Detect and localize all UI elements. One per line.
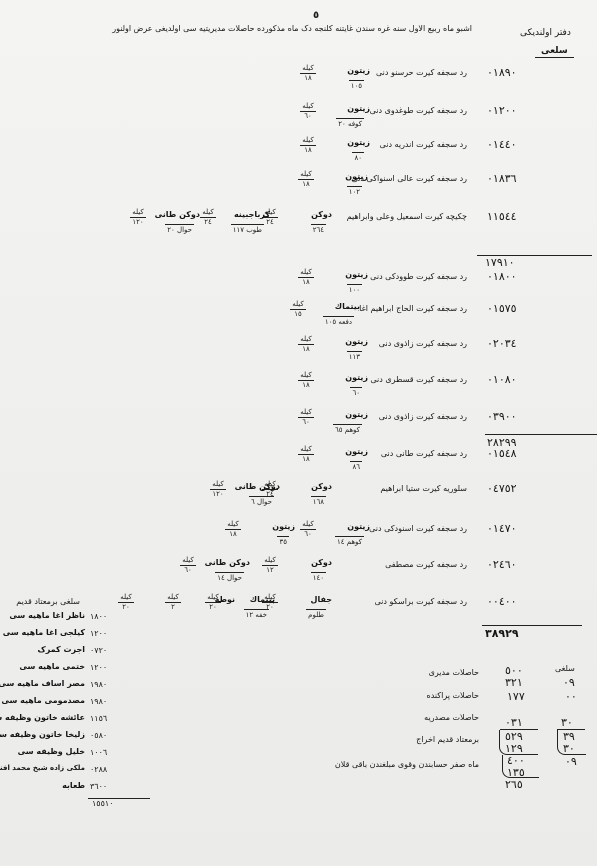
- entry-item: زیتونکیله١٨٨٠: [300, 136, 370, 170]
- item-name: زیتون: [345, 337, 368, 346]
- item-unit: کیله: [298, 371, 314, 381]
- entry-item: کیله٢٠: [118, 593, 188, 627]
- item-sub-value: طوب ١١٧: [231, 224, 264, 234]
- expense-total: ١٥٥١٠: [92, 799, 113, 808]
- summary-value: ٠٩: [563, 676, 575, 689]
- expense-label: ناظر اغا ماهیه سی: [9, 611, 85, 620]
- entry-item: دوکنکیله٢٤٢٦٤: [262, 208, 332, 242]
- summary-label: ماه صفر حسابندن وقوی مبلغندن باقی قلان: [335, 760, 479, 769]
- entry-label: رد سجفه کیرت حرسنو دنی: [376, 68, 467, 77]
- expense-label: ختمی ماهیه سی: [19, 662, 85, 671]
- entry-amount: ٠١٢٠٠: [487, 104, 517, 117]
- item-unit: کیله: [118, 593, 134, 603]
- item-sub-value: ٣٥: [277, 536, 289, 546]
- item-unit-fraction: کیله١٢٠: [210, 480, 226, 499]
- entry-item: دوکن طانیکیله١٢٠حوال ٢٠: [130, 208, 200, 242]
- entry-item: دوکنکیله١٢١٤٠: [262, 556, 332, 590]
- entry-item: زیتونکیله٦٠کوهم ٦٥: [298, 408, 368, 442]
- entry-item: بیتماكکیله١٥دفعه ١٠٥: [290, 300, 360, 334]
- item-unit-fraction: کیله١٨: [300, 64, 316, 83]
- item-qty: ١٢٠: [130, 218, 146, 227]
- summary-bracket: [502, 755, 539, 778]
- item-unit: کیله: [180, 556, 196, 566]
- entry-label: رد سجفه کیرت اسنودکی دنی: [369, 524, 467, 533]
- entry-label: رد سجفه کیرت قسطری دنی: [370, 375, 467, 384]
- expense-amount: ٠٢٨٨: [90, 765, 107, 774]
- expense-amount: ١٢٠٠: [90, 663, 107, 672]
- item-name: دوکن: [311, 558, 332, 567]
- item-unit-fraction: کیله٦٠: [298, 408, 314, 427]
- item-unit: کیله: [300, 102, 316, 112]
- item-sub-value: ١٠٥: [349, 80, 364, 90]
- item-unit-fraction: کیله١٨: [298, 445, 314, 464]
- grand-total-rule: [482, 625, 582, 626]
- item-unit: کیله: [298, 335, 314, 345]
- expense-label: مصدمومی ماهیه سی: [1, 696, 85, 705]
- entry-label: رد سجفه کیرت الحاج ابراهیم اغا: [359, 304, 467, 313]
- entry-item: زیتونکیله١٨١١٣: [298, 335, 368, 369]
- entry-item: کرباجبینهکیله٢٤طوب ١١٧: [200, 208, 270, 242]
- item-unit-fraction: کیله١٨: [225, 520, 241, 539]
- item-unit-fraction: کیله٦٠: [300, 520, 316, 539]
- entry-label: رد سجفه کیرت زاذوی دنی: [379, 339, 467, 348]
- summary-label: حاصلات مصدریه: [424, 713, 479, 722]
- entry-item: زیتونکیله١٨١٠٠: [298, 268, 368, 302]
- item-name: زیتون: [347, 138, 370, 147]
- item-qty: ١٨: [300, 74, 316, 83]
- item-unit-fraction: کیله١٨: [300, 136, 316, 155]
- entry-amount: ٠١٥٧٥: [487, 302, 517, 315]
- summary-label: حاصلات مدیری: [429, 668, 479, 677]
- expense-label: زلیخا خاتون وظیفه سی: [0, 730, 85, 739]
- item-unit: کیله: [298, 170, 314, 180]
- item-name: زیتون: [347, 522, 370, 531]
- entry-label: رد سجفه کیرت زاذوی دنی: [379, 412, 467, 421]
- summary-value: ٣٢١: [505, 676, 523, 689]
- expense-label: کیلجی اغا ماهیه سی: [3, 628, 85, 637]
- item-unit-fraction: کیله١٢: [262, 556, 278, 575]
- item-sub-value: ٦٠: [350, 387, 362, 397]
- item-qty: ١٨: [225, 530, 241, 539]
- item-qty: ١٢٠: [210, 490, 226, 499]
- item-name: زیتون: [345, 270, 368, 279]
- item-sub-value: ٨٠: [352, 152, 364, 162]
- summary-label: حاصلات پراکنده: [427, 691, 480, 700]
- item-qty: ١٥: [290, 310, 306, 319]
- item-qty: ١٨: [298, 455, 314, 464]
- entry-item: زیتونکیله١٨١٠٢: [298, 170, 368, 204]
- item-sub-value: حوال ١٤: [215, 572, 244, 582]
- summary-value: ١٧٧: [507, 690, 525, 703]
- item-sub-value: ١٠٢: [347, 186, 362, 196]
- item-unit-fraction: کیله٦٠: [180, 556, 196, 575]
- item-unit-fraction: کیله١٢٠: [130, 208, 146, 227]
- item-qty: ٦٠: [180, 566, 196, 575]
- entry-amount: ٠١٤٤٠: [487, 138, 517, 151]
- entry-amount: ٠١٨٩٠: [487, 66, 517, 79]
- item-unit-fraction: کیله١٥: [290, 300, 306, 319]
- page-number: ٥: [313, 10, 319, 21]
- item-name: نوطه: [215, 595, 235, 604]
- summary-bracket: [557, 730, 586, 755]
- summary-value: ٣٠: [561, 716, 573, 729]
- item-unit: کیله: [300, 136, 316, 146]
- expense-amount: ٠٧٢٠: [90, 646, 107, 655]
- item-qty: ١٢: [262, 566, 278, 575]
- item-unit: کیله: [298, 445, 314, 455]
- item-qty: ٦٠: [300, 112, 316, 121]
- item-name: دوکن: [311, 482, 332, 491]
- summary-value: ٠٣١: [505, 716, 523, 729]
- item-qty: ٢٤: [200, 218, 216, 227]
- entry-label: رد سجفه کیرت اندریه دنی: [380, 140, 467, 149]
- expense-label: اجرت کمرک: [38, 645, 86, 654]
- entry-amount: ٠١٠٨٠: [487, 373, 517, 386]
- item-unit-fraction: کیله١٨: [298, 170, 314, 189]
- item-qty: ٦٠: [298, 418, 314, 427]
- expense-amount: ١٨٠٠: [90, 612, 107, 621]
- entry-item: زیتونکیله١٨٣٥: [225, 520, 295, 554]
- item-unit: کیله: [298, 408, 314, 418]
- item-qty: ٦٠: [300, 530, 316, 539]
- summary-value: ٠٠: [565, 690, 577, 703]
- expense-label: مصر اساف ماهیه سی: [0, 679, 85, 688]
- item-name: کرباجبینه: [234, 210, 270, 219]
- expense-amount: ١١٥٦: [90, 714, 107, 723]
- item-sub-value: حوال ٢٠: [165, 224, 194, 234]
- item-unit: کیله: [225, 520, 241, 530]
- item-name: جفال: [311, 595, 332, 604]
- entry-amount: ٠٢٠٣٤: [487, 337, 517, 350]
- item-unit-fraction: کیله٦٠: [300, 102, 316, 121]
- expense-amount: ١٠٠٦: [90, 748, 107, 757]
- item-sub-value: ١٠٠: [347, 284, 362, 294]
- entry-amount: ١١٥٤٤: [487, 210, 517, 223]
- entry-label: چکیچه کیرت اسمعیل وعلی وابراهیم: [347, 212, 467, 221]
- item-sub-value: ١١٣: [347, 351, 362, 361]
- item-name: بیتماك: [250, 595, 275, 604]
- item-name: زیتون: [345, 172, 368, 181]
- entry-amount: ٠١٨٣٦: [487, 172, 517, 185]
- item-sub-value: ١٦٨: [311, 496, 326, 506]
- item-unit-fraction: کیله١٨: [298, 335, 314, 354]
- item-sub-value: ٨٦: [350, 461, 362, 471]
- entry-item: زیتونکیله١٨٦٠: [298, 371, 368, 405]
- item-unit: کیله: [300, 64, 316, 74]
- item-name: دوکن: [311, 210, 332, 219]
- item-name: زیتون: [347, 66, 370, 75]
- subtotal-value: ١٧٩١٠: [485, 256, 515, 269]
- item-sub-value: کوفه ٢٠: [336, 118, 364, 128]
- summary-bracket: [499, 730, 538, 755]
- item-unit: کیله: [210, 480, 226, 490]
- item-sub-value: طلوم: [306, 609, 326, 619]
- item-qty: ١٨: [298, 180, 314, 189]
- entry-label: رد سجفه کیرت مصطفی: [385, 560, 467, 569]
- item-name: دوکن طانی: [235, 482, 280, 491]
- expense-label: خلیل وظیفه سی: [18, 747, 85, 756]
- item-unit: کیله: [262, 556, 278, 566]
- item-qty: ١٨: [300, 146, 316, 155]
- expense-amount: ٣٦٠٠: [90, 782, 107, 791]
- entry-amount: ٠٤٧٥٢: [487, 482, 517, 495]
- item-name: دوکن طانی: [155, 210, 200, 219]
- item-sub-value: حوال ٦: [249, 496, 274, 506]
- expense-list-header: سلغی برمعتاد قدیم: [16, 597, 80, 606]
- expense-label: طعابه: [62, 781, 85, 790]
- summary-value: ٠٩: [565, 755, 577, 768]
- column-title: دفتر اولندیکی: [520, 28, 571, 38]
- entry-label: رد سجفه کیرت طوغدوی دنی: [370, 106, 467, 115]
- entry-label: رد سجفه کیرت طانی دنی: [381, 449, 467, 458]
- item-qty: ١٨: [298, 278, 314, 287]
- item-name: زیتون: [347, 104, 370, 113]
- item-qty: ٢٠: [118, 603, 134, 612]
- expense-amount: ١٩٨٠: [90, 697, 107, 706]
- item-name: زیتون: [272, 522, 295, 531]
- item-unit-fraction: کیله١٨: [298, 371, 314, 390]
- entry-label: رد سجفه کیرت براسکو دنی: [374, 597, 467, 606]
- entry-item: دوکن طانیکیله٦٠حوال ١٤: [180, 556, 250, 590]
- item-sub-value: ٢٦٤: [311, 224, 326, 234]
- expense-amount: ١٢٠٠: [90, 629, 107, 638]
- expense-amount: ٠٥٨٠: [90, 731, 107, 740]
- column-subtitle: سلعی: [535, 46, 574, 58]
- item-sub-value: ١٤٠: [311, 572, 326, 582]
- item-name: بیتماك: [335, 302, 360, 311]
- summary-value: ٢٦٥: [505, 778, 523, 791]
- item-sub-value: کوهم ١٤: [335, 536, 364, 546]
- expense-label: عائشه خاتون وظیفه سی: [0, 713, 85, 722]
- entry-amount: ٠٠٤٠٠: [487, 595, 517, 608]
- document-page: ٥ دفتر اولندیکی سلعی اشبو ماه ربیع الاول…: [0, 0, 597, 866]
- item-sub-value: خفه ١٢: [244, 609, 269, 619]
- entry-amount: ٠٣٩٠٠: [487, 410, 517, 423]
- entry-label: سلوریه کیرت ستیا ابراهیم: [380, 484, 467, 493]
- expense-label: ملکی زاده شیخ محمد افندی وظیفه سی: [0, 764, 85, 772]
- entry-label: رد سجفه کیرت عالی اسنواکی دنی: [352, 174, 467, 183]
- item-sub-value: دفعه ١٠٥: [323, 316, 354, 326]
- expense-amount: ١٩٨٠: [90, 680, 107, 689]
- item-unit-fraction: کیله٢٤: [200, 208, 216, 227]
- grand-total-value: ٣٨٩٢٩: [485, 627, 519, 640]
- item-name: زیتون: [345, 410, 368, 419]
- item-qty: ١٨: [298, 381, 314, 390]
- summary-col-header: سلغی: [555, 664, 575, 673]
- item-unit: کیله: [290, 300, 306, 310]
- item-qty: ١٨: [298, 345, 314, 354]
- item-sub-value: کوهم ٦٥: [333, 424, 362, 434]
- entry-item: زیتونکیله٦٠کوهم ١٤: [300, 520, 370, 554]
- item-unit: کیله: [200, 208, 216, 218]
- item-unit: کیله: [300, 520, 316, 530]
- item-unit-fraction: کیله٢٠: [118, 593, 134, 612]
- item-name: زیتون: [345, 373, 368, 382]
- entry-amount: ٠١٨٠٠: [487, 270, 517, 283]
- item-unit: کیله: [298, 268, 314, 278]
- entry-amount: ٠٢٤٦٠: [487, 558, 517, 571]
- subtotal-value: ٢٨٢٩٩: [487, 436, 517, 449]
- entry-item: زیتونکیله١٨١٠٥: [300, 64, 370, 98]
- item-unit-fraction: کیله١٨: [298, 268, 314, 287]
- entry-amount: ٠١٤٧٠: [487, 522, 517, 535]
- summary-label: برمعتاد قدیم اخراج: [416, 735, 479, 744]
- entry-item: زیتونکیله١٨٨٦: [298, 445, 368, 479]
- subtotal-rule: [485, 434, 597, 435]
- entry-item: دوکن طانیکیله١٢٠حوال ٦: [210, 480, 280, 514]
- item-name: دوکن طانی: [205, 558, 250, 567]
- item-name: زیتون: [345, 447, 368, 456]
- document-heading: اشبو ماه ربیع الاول سنه غره سندن غایتنه …: [112, 24, 472, 33]
- entry-label: رد سجفه کیرت طوودکی دنی: [370, 272, 467, 281]
- item-unit: کیله: [130, 208, 146, 218]
- entry-item: زیتونکیله٦٠کوفه ٢٠: [300, 102, 370, 136]
